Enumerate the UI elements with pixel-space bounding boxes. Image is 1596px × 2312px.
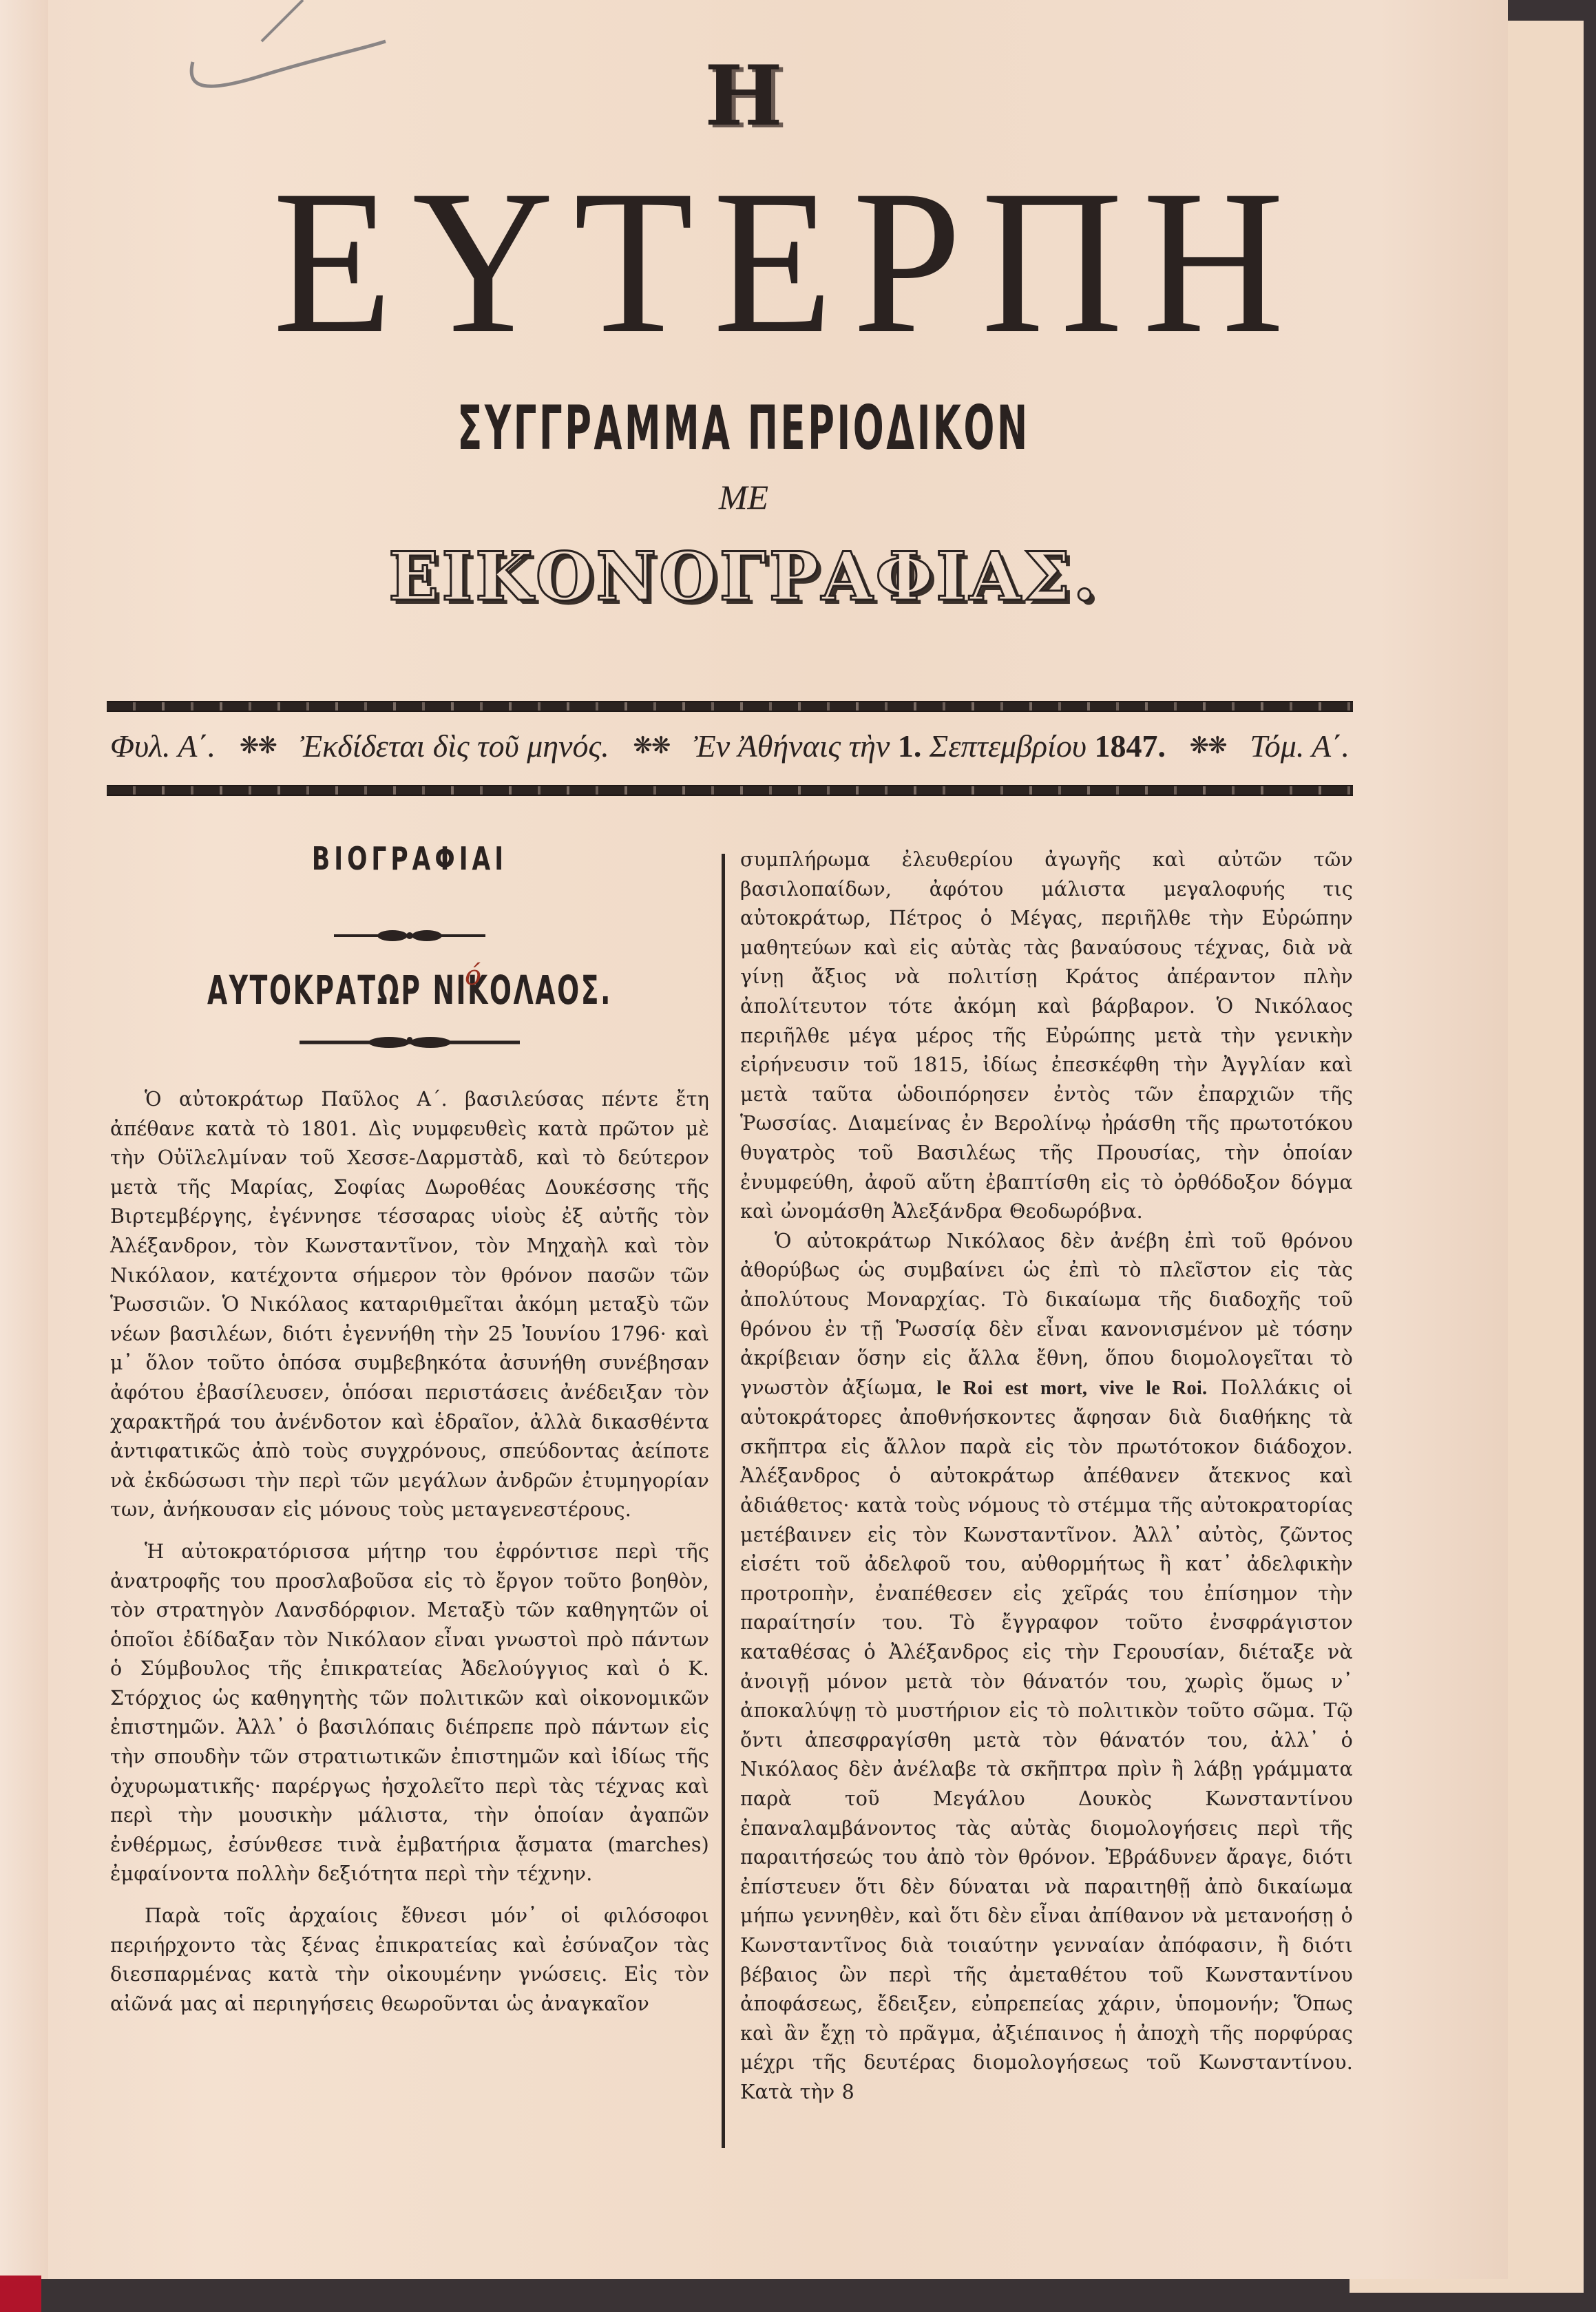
left-column: ΒΙΟΓΡΑΦΙΑΙ ΑΥΤΟΚΡΑΤΩΡ ΝΙΚΟΛΑΟΣ. ό Ὁ αὐτο… [110, 806, 709, 2019]
article-title: ΑΥΤΟΚΡΑΤΩΡ ΝΙΚΟΛΑΟΣ. [170, 967, 649, 1013]
masthead: Η ΕΥΤΕΡΠΗ ΣΥΓΓΡΑΜΜΑ ΠΕΡΙΟΔΙΚΟΝ ΜΕ ΕΙΚΟΝΟ… [248, 55, 1239, 616]
section-heading: ΒΙΟΓΡΑΦΙΑΙ [185, 840, 635, 877]
publication-frequency: Ἐκδίδεται δὶς τοῦ μηνός. [300, 728, 609, 764]
newspaper-page: Η ΕΥΤΕΡΠΗ ΣΥΓΓΡΑΜΜΑ ΠΕΡΙΟΔΙΚΟΝ ΜΕ ΕΙΚΟΝΟ… [0, 0, 1508, 2279]
article-paragraph: Ὁ αὐτοκράτωρ Παῦλος Α΄. βασιλεύσας πέντε… [110, 1085, 709, 1525]
handwritten-annotation: ό [465, 960, 481, 991]
volume-number: Τόμ. Α΄. [1250, 728, 1350, 764]
french-maxim: le Roi est mort, vive le Roi. [936, 1378, 1207, 1399]
ornament-icon: ❋❋ [1190, 732, 1226, 759]
article-paragraph: Ὁ αὐτοκράτωρ Νικόλαος δὲν ἀνέβη ἐπὶ τοῦ … [740, 1227, 1353, 2108]
ornament-icon: ❋❋ [633, 732, 669, 759]
flourish-divider-icon [300, 1034, 520, 1051]
ornamental-rule-top [107, 701, 1353, 712]
masthead-subtitle: ΣΥΓΓΡΑΜΜΑ ΠΕΡΙΟΔΙΚΟΝ [446, 392, 1041, 463]
masthead-article: Η [248, 55, 1239, 138]
column-divider [722, 854, 725, 2148]
ornament-icon: ❋❋ [240, 732, 276, 759]
flourish-divider-icon [334, 925, 485, 946]
article-paragraph: Παρὰ τοῖς ἀρχαίοις ἔθνεσι μόν᾽ οἱ φιλόσο… [110, 1902, 709, 2019]
masthead-with: ΜΕ [248, 477, 1239, 517]
masthead-illustrated: ΕΙΚΟΝΟΓΡΑΦΙΑΣ. [248, 538, 1239, 616]
ornamental-rule-bottom [107, 785, 1353, 796]
masthead-title: ΕΥΤΕΡΠΗ [273, 158, 1215, 365]
article-paragraph: Ἡ αὐτοκρατόρισσα μήτηρ του ἐφρόντισε περ… [110, 1537, 709, 1889]
page-gutter [0, 0, 48, 2279]
article-paragraph: συμπλήρωμα ἐλευθερίου ἀγωγῆς καὶ αὐτῶν τ… [740, 845, 1353, 1227]
dateline: Φυλ. Α΄. ❋❋ Ἐκδίδεται δὶς τοῦ μηνός. ❋❋ … [110, 722, 1350, 770]
publication-date: Ἐν Ἀθήναις τὴν 1. Σεπτεμβρίου 1847. [693, 728, 1166, 764]
right-column: συμπλήρωμα ἐλευθερίου ἀγωγῆς καὶ αὐτῶν τ… [740, 845, 1353, 2108]
sheet-number: Φυλ. Α΄. [110, 728, 216, 764]
book-binding [0, 2276, 41, 2312]
